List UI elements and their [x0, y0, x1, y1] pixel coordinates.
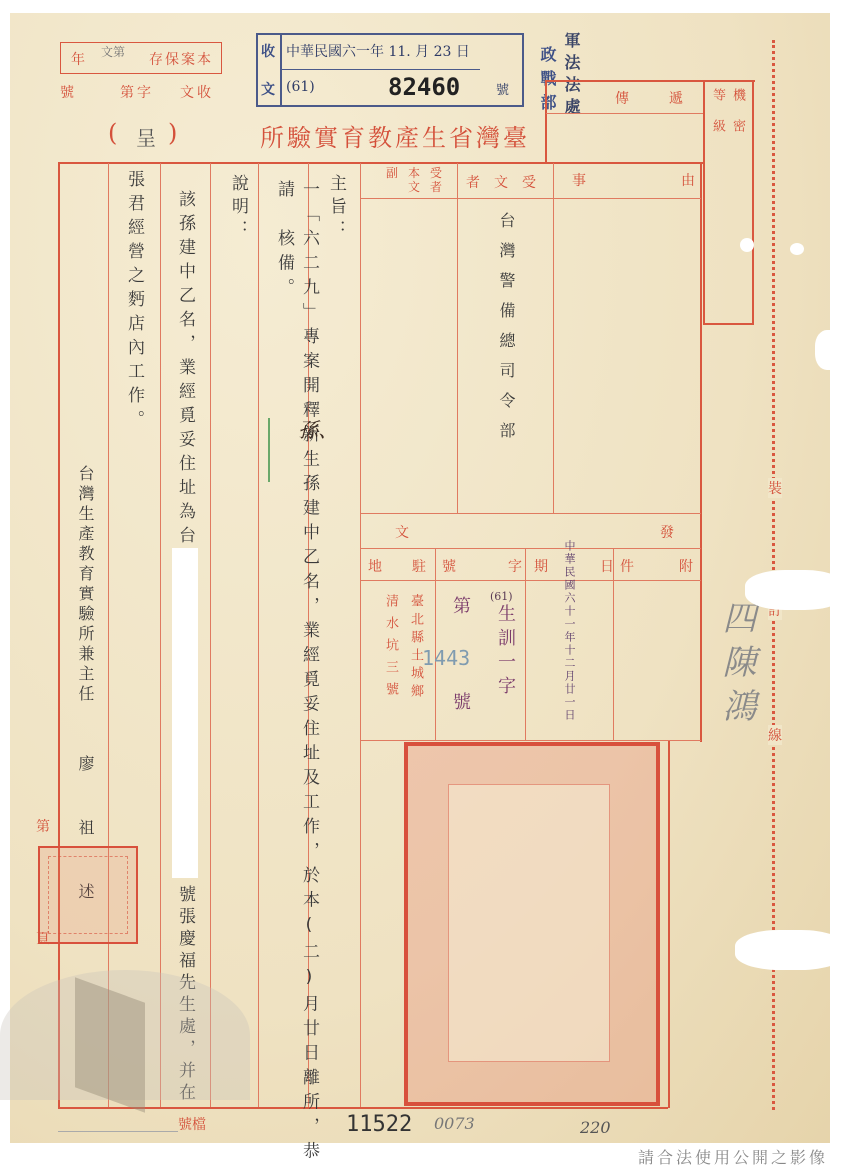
recipient-value: 台灣警備總司令部 — [495, 212, 518, 452]
official-seal — [404, 742, 660, 1106]
punch-hole — [790, 243, 804, 255]
number-prefix: (61) — [490, 590, 513, 603]
explanation-label: 說明： — [226, 174, 251, 243]
receipt-date: 中華民國六一年 11. 月 23 日 — [286, 41, 470, 61]
receipt-side-top: 收 — [261, 41, 275, 61]
handwritten-note: 孫、 — [298, 414, 338, 443]
archive-row2-no: 號 — [60, 82, 74, 102]
archive-row2-received: 文收 — [180, 82, 214, 102]
pencil-note: 四陳鴻 — [712, 600, 761, 732]
signature-org: 台灣生產教育實驗所兼主任 — [74, 465, 97, 705]
binding-label-1: 裝 — [768, 478, 782, 498]
form-bottom-border — [58, 1107, 668, 1109]
archive-underline — [58, 1131, 178, 1132]
title-type: 呈 — [136, 122, 156, 151]
page-label-bottom: 頁 — [36, 928, 50, 948]
explanation-text-2: 張君經營之麪店內工作。 — [122, 170, 147, 434]
number-value: 1443 — [422, 646, 470, 670]
header-subject: 事由 — [572, 170, 790, 190]
location-value-2: 清水坑三號 — [381, 594, 400, 704]
header-recipient: 受文者 — [466, 172, 550, 192]
tear — [745, 570, 843, 610]
archive-number: 11522 — [346, 1112, 412, 1137]
main-points-text: 一「六二九」專案開釋新生孫建中乙名，業經覓妥住址及工作，於本(二)月廿日離所，恭… — [272, 180, 322, 1169]
classification-label-1: 機密 — [728, 88, 747, 150]
main-points-label: 主旨： — [324, 174, 349, 243]
tear — [735, 930, 843, 970]
archive-handwritten: 文第 — [101, 43, 125, 60]
receipt-number-prefix: (61) — [286, 79, 315, 95]
receipt-number-suffix: 號 — [496, 79, 509, 98]
page-number-handwritten: 220 — [580, 1118, 611, 1137]
archive-year-label: 年 — [71, 49, 85, 69]
binding-label-3: 線 — [768, 725, 782, 745]
receipt-stamp: 收 文 中華民國六一年 11. 月 23 日 (61) 82460 號 — [256, 33, 524, 107]
title-bracket-close: ) — [168, 119, 177, 147]
title-bracket-open: ( — [108, 119, 117, 147]
dispatch-date: 中華民國六十一年十二月廿一日 — [563, 540, 576, 722]
dispatch-label-left: 文 — [395, 522, 409, 542]
archive-handwritten: 0073 — [434, 1114, 475, 1133]
green-margin-mark — [268, 418, 270, 482]
archive-row2-char: 第字 — [120, 82, 154, 102]
redaction-block — [172, 548, 198, 878]
receipt-number: 82460 — [388, 73, 460, 101]
signature-seal — [38, 846, 138, 944]
recipient-stamp-dark: 軍法法處 — [560, 32, 583, 120]
number-label: 第 — [453, 592, 471, 618]
number-char: 生訓一字 — [492, 604, 518, 700]
explanation-text-1: 該孫建中乙名，業經覓妥住址為台北縣 — [173, 190, 198, 598]
dispatch-label-right: 發 — [660, 522, 674, 542]
page-label-top: 第 — [36, 816, 50, 836]
title-org: 臺灣省生產教育實驗所 — [260, 124, 530, 152]
archive-label: 檔號 — [178, 1114, 206, 1134]
transmit-label: 傳遞 — [615, 88, 723, 108]
tear — [815, 330, 843, 370]
recipient-stamp-blue: 政戰部 — [536, 46, 559, 118]
number-suffix: 號 — [453, 688, 471, 714]
watermark-notice: 請合法使用公開之影像 — [638, 1145, 828, 1168]
col-attachment: 附件 — [620, 556, 738, 576]
archive-keep-label: 存保案本 — [149, 49, 213, 69]
receipt-side-bottom: 文 — [261, 79, 275, 99]
classification-label-2: 等級 — [708, 88, 727, 150]
header-copy-recipient: 副本受文者 — [368, 166, 452, 194]
archive-stamp-box: 年 文第 存保案本 — [60, 42, 222, 74]
form-top-border — [58, 162, 704, 164]
punch-hole — [740, 238, 754, 252]
